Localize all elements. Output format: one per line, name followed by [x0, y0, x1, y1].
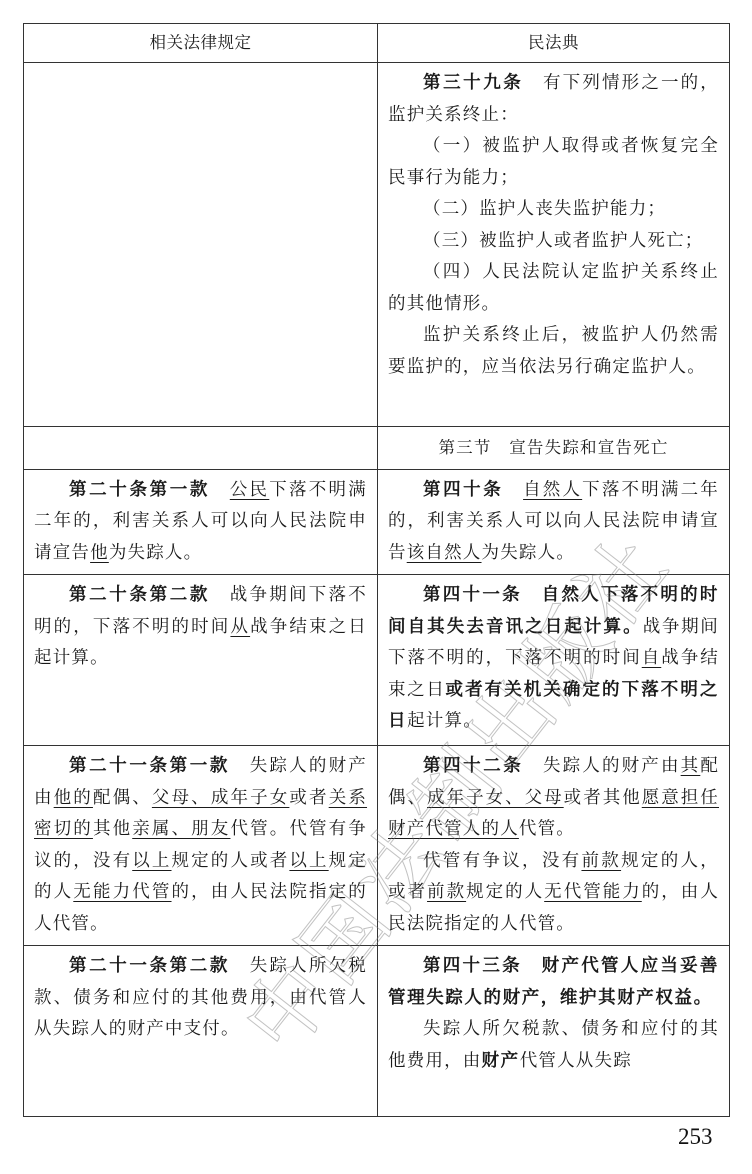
amended-text: 自然人 [523, 480, 582, 500]
article-text: 为失踪人。 [482, 543, 576, 563]
related-law-cell: 第二十条第一款 公民下落不明满二年的，利害关系人可以向人民法院申请宣告他为失踪人… [24, 469, 378, 575]
article-number: 第三十九条 [423, 73, 523, 93]
table-row: 第二十一条第一款 失踪人的财产由他的配偶、父母、成年子女或者关系密切的其他亲属、… [24, 746, 730, 946]
article-text: （一）被监护人取得或者恢复完全民事行为能力； [388, 136, 719, 188]
article-number: 第二十一条第一款 [69, 756, 230, 776]
article-text: 规定的人 [466, 882, 544, 902]
related-law-cell [24, 427, 378, 470]
section-title: 第三节 宣告失踪和宣告死亡 [378, 427, 730, 470]
article-text: （二）监护人丧失监护能力； [423, 199, 666, 219]
article-paragraph: 第四十条 自然人下落不明满二年的，利害关系人可以向人民法院申请宣告该自然人为失踪… [388, 475, 719, 570]
article-paragraph: 监护关系终止后，被监护人仍然需要监护的，应当依法另行确定监护人。 [388, 320, 719, 383]
article-number: 第二十条第一款 [69, 480, 210, 500]
article-paragraph: 第二十条第一款 公民下落不明满二年的，利害关系人可以向人民法院申请宣告他为失踪人… [34, 475, 367, 570]
header-civil-code: 民法典 [378, 24, 730, 63]
civil-code-cell: 第三十九条 有下列情形之一的，监护关系终止：（一）被监护人取得或者恢复完全民事行… [378, 63, 730, 427]
article-paragraph: 代管有争议，没有前款规定的人，或者前款规定的人无代管能力的，由人民法院指定的人代… [388, 846, 719, 941]
amended-text: 该自然人 [407, 543, 482, 563]
article-number: 第二十条第二款 [69, 585, 210, 605]
article-paragraph: 第四十三条 财产代管人应当妥善管理失踪人的财产，维护其财产权益。 [388, 951, 719, 1014]
table-body: 第三十九条 有下列情形之一的，监护关系终止：（一）被监护人取得或者恢复完全民事行… [24, 63, 730, 1117]
article-text: 配偶、 [93, 788, 152, 808]
amended-text: 以上 [289, 851, 328, 871]
article-text: （四）人民法院认定监护关系终止的其他情形。 [388, 262, 719, 314]
amended-text: 以上 [132, 851, 171, 871]
article-text: 代管。 [519, 819, 575, 839]
article-number: 第四十一条 [423, 585, 522, 605]
article-text: 代管有争议，没有 [423, 851, 581, 871]
article-paragraph: 第二十一条第一款 失踪人的财产由他的配偶、父母、成年子女或者关系密切的其他亲属、… [34, 751, 367, 940]
amended-text: 自 [642, 648, 662, 668]
article-paragraph: 第三十九条 有下列情形之一的，监护关系终止： [388, 68, 719, 131]
page-number: 253 [678, 1124, 713, 1150]
article-number: 第四十二条 [423, 756, 523, 776]
related-law-cell: 第二十一条第二款 失踪人所欠税款、债务和应付的其他费用，由代管人从失踪人的财产中… [24, 946, 378, 1117]
article-text: 代管人从失踪 [520, 1051, 632, 1071]
related-law-cell: 第二十一条第一款 失踪人的财产由他的配偶、父母、成年子女或者关系密切的其他亲属、… [24, 746, 378, 946]
article-text [503, 480, 523, 500]
article-text: 其他 [93, 819, 132, 839]
amended-text: 无能力代管 [73, 882, 171, 902]
article-text [210, 480, 230, 500]
article-number: 第四十条 [423, 480, 503, 500]
article-number: 第四十三条 [423, 956, 522, 976]
article-paragraph: （二）监护人丧失监护能力； [388, 194, 719, 226]
article-text: 监护关系终止后，被监护人仍然需要监护的，应当依法另行确定监护人。 [388, 325, 719, 377]
civil-code-cell: 第四十二条 失踪人的财产由其配偶、成年子女、父母或者其他愿意担任财产代管人的人代… [378, 746, 730, 946]
amended-text: 从 [230, 617, 250, 637]
article-text: 起计算。 [407, 711, 482, 731]
article-text: 规定的人或者 [172, 851, 290, 871]
amended-text: 成年子女、父母 [427, 788, 564, 808]
article-number: 第二十一条第二款 [69, 956, 230, 976]
law-comparison-table: 相关法律规定 民法典 第三十九条 有下列情形之一的，监护关系终止：（一）被监护人… [23, 23, 730, 1117]
civil-code-cell: 第四十一条 自然人下落不明的时间自其失去音讯之日起计算。战争期间下落不明的，下落… [378, 575, 730, 746]
article-text: 或者其他 [564, 788, 642, 808]
article-paragraph: 第二十条第二款 战争期间下落不明的，下落不明的时间从战争结束之日起计算。 [34, 580, 367, 675]
related-law-cell [24, 63, 378, 427]
article-text: 为失踪人。 [109, 543, 203, 563]
table-row: 第三十九条 有下列情形之一的，监护关系终止：（一）被监护人取得或者恢复完全民事行… [24, 63, 730, 427]
table-row: 第三节 宣告失踪和宣告死亡 [24, 427, 730, 470]
article-paragraph: （四）人民法院认定监护关系终止的其他情形。 [388, 257, 719, 320]
amended-text: 父母、成年子女 [152, 788, 290, 808]
amended-text: 前款 [427, 882, 466, 902]
amended-text: 其 [681, 756, 701, 776]
related-law-cell: 第二十条第二款 战争期间下落不明的，下落不明的时间从战争结束之日起计算。 [24, 575, 378, 746]
article-text: 或者 [289, 788, 328, 808]
amended-text: 亲属、朋友 [132, 819, 230, 839]
header-related-laws: 相关法律规定 [24, 24, 378, 63]
amended-text: 无代管能力 [544, 882, 642, 902]
article-paragraph: （三）被监护人或者监护人死亡； [388, 226, 719, 258]
document-page: 相关法律规定 民法典 第三十九条 有下列情形之一的，监护关系终止：（一）被监护人… [0, 0, 752, 1174]
civil-code-cell: 第四十条 自然人下落不明满二年的，利害关系人可以向人民法院申请宣告该自然人为失踪… [378, 469, 730, 575]
amended-text: 他 [90, 543, 109, 563]
table-header-row: 相关法律规定 民法典 [24, 24, 730, 63]
article-text: 财产 [482, 1051, 520, 1071]
table-row: 第二十一条第二款 失踪人所欠税款、债务和应付的其他费用，由代管人从失踪人的财产中… [24, 946, 730, 1117]
article-paragraph: 第四十二条 失踪人的财产由其配偶、成年子女、父母或者其他愿意担任财产代管人的人代… [388, 751, 719, 846]
amended-text: 他的 [54, 788, 93, 808]
article-paragraph: 失踪人所欠税款、债务和应付的其他费用，由财产代管人从失踪 [388, 1014, 719, 1077]
amended-text: 公民 [230, 480, 270, 500]
civil-code-cell: 第四十三条 财产代管人应当妥善管理失踪人的财产，维护其财产权益。失踪人所欠税款、… [378, 946, 730, 1117]
table-row: 第二十条第一款 公民下落不明满二年的，利害关系人可以向人民法院申请宣告他为失踪人… [24, 469, 730, 575]
article-paragraph: 第四十一条 自然人下落不明的时间自其失去音讯之日起计算。战争期间下落不明的，下落… [388, 580, 719, 738]
article-paragraph: （一）被监护人取得或者恢复完全民事行为能力； [388, 131, 719, 194]
article-text: 失踪人的财产由 [523, 756, 680, 776]
article-paragraph: 第二十一条第二款 失踪人所欠税款、债务和应付的其他费用，由代管人从失踪人的财产中… [34, 951, 367, 1046]
amended-text: 前款 [581, 851, 621, 871]
table-row: 第二十条第二款 战争期间下落不明的，下落不明的时间从战争结束之日起计算。第四十一… [24, 575, 730, 746]
article-text: （三）被监护人或者监护人死亡； [423, 231, 704, 251]
